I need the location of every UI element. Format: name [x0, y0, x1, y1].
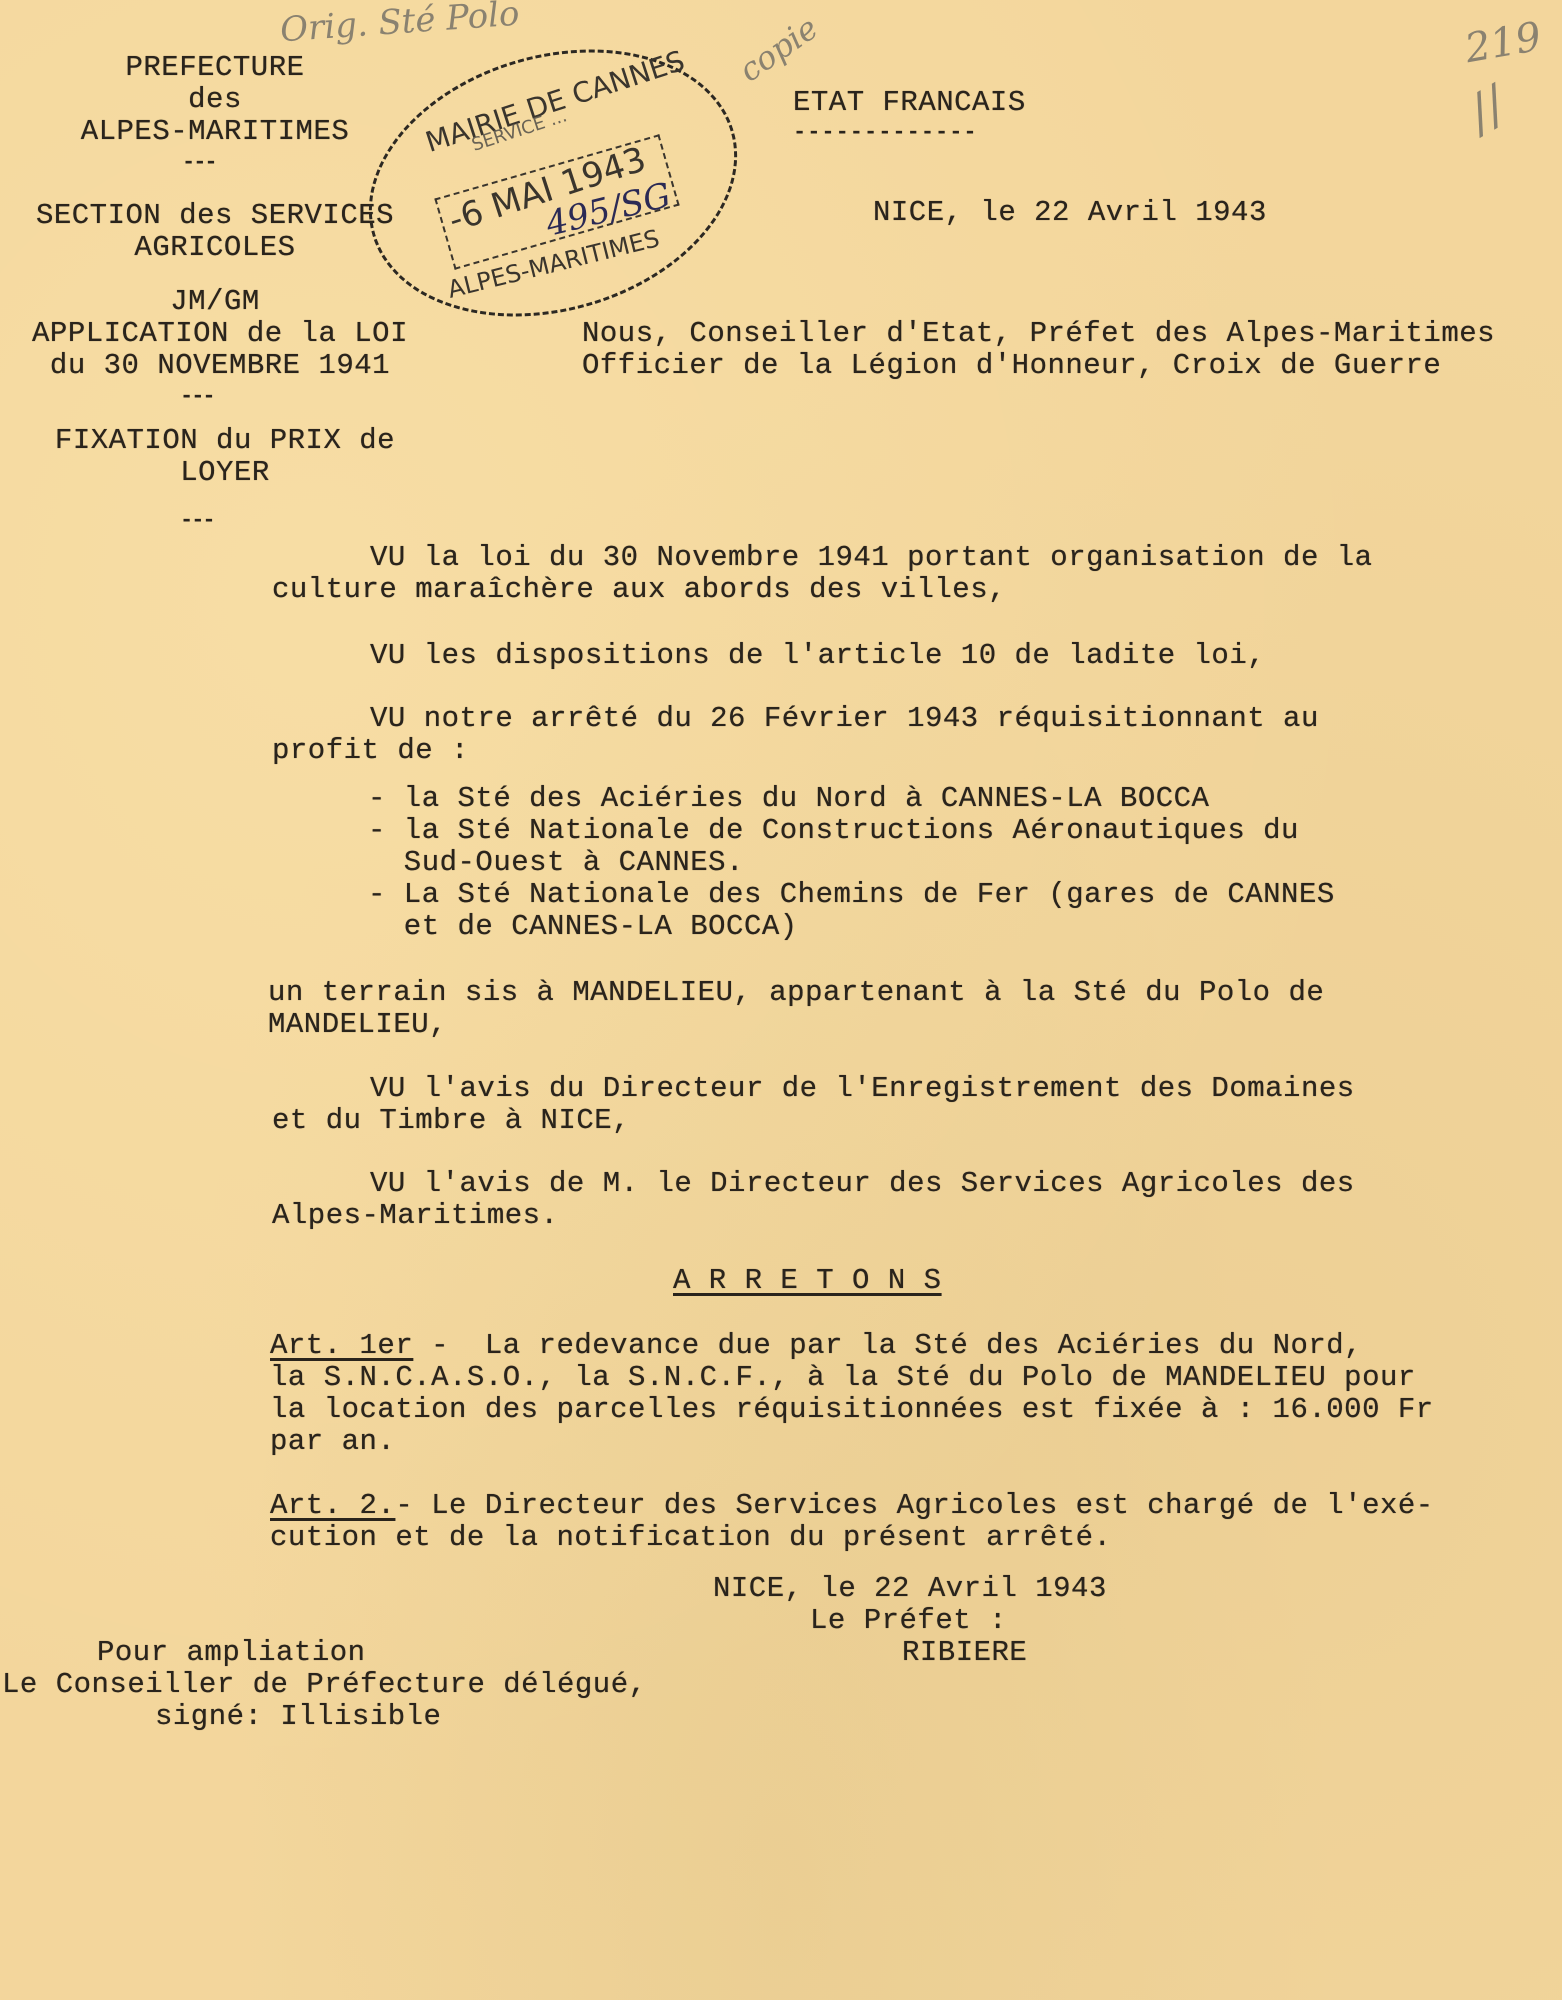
subject-title-line-2: LOYER	[20, 457, 430, 489]
article-1-line-2: la S.N.C.A.S.O., la S.N.C.F., à la Sté d…	[270, 1362, 1416, 1394]
signature-place-date: NICE, le 22 Avril 1943	[713, 1573, 1107, 1605]
issuer-line-2: Officier de la Légion d'Honneur, Croix d…	[582, 350, 1441, 382]
vu-services-agricoles-line-1: VU l'avis de M. le Directeur des Service…	[370, 1168, 1355, 1200]
vu-enregistrement-line-2: et du Timbre à NICE,	[272, 1105, 630, 1137]
vu-enregistrement-line-1: VU l'avis du Directeur de l'Enregistreme…	[370, 1073, 1355, 1105]
article-1-text: - La redevance due par la Sté des Aciéri…	[413, 1329, 1362, 1362]
subject-law-line-2: du 30 NOVEMBRE 1941	[10, 350, 430, 382]
separator: ---	[180, 508, 214, 533]
office-line-1: PREFECTURE	[70, 52, 360, 84]
handwritten-folio-number: 219	[1462, 14, 1545, 73]
beneficiary-3-line-2: et de CANNES-LA BOCCA)	[368, 911, 798, 943]
vu-services-agricoles-line-2: Alpes-Maritimes.	[272, 1200, 558, 1232]
beneficiary-1: - la Sté des Aciéries du Nord à CANNES-L…	[368, 783, 1209, 815]
article-2-line-1: Art. 2.- Le Directeur des Services Agric…	[270, 1490, 1434, 1522]
vu-arrete-line-2: profit de :	[272, 735, 469, 767]
vu-law-line-2: culture maraîchère aux abords des villes…	[272, 574, 1006, 606]
separator: ---	[180, 384, 214, 409]
handwritten-strike-marks: //	[1458, 75, 1516, 142]
article-1-line-4: par an.	[270, 1426, 395, 1458]
ampliation-line-1: Pour ampliation	[97, 1637, 366, 1669]
terrain-line-1: un terrain sis à MANDELIEU, appartenant …	[268, 977, 1324, 1009]
ampliation-line-2: Le Conseiller de Préfecture délégué,	[2, 1669, 647, 1701]
section-line-2: AGRICOLES	[10, 232, 420, 264]
article-1-label: Art. 1er	[270, 1329, 413, 1362]
beneficiary-3-line-1: - La Sté Nationale des Chemins de Fer (g…	[368, 879, 1335, 911]
article-2-text: - Le Directeur des Services Agricoles es…	[395, 1489, 1433, 1522]
ampliation-line-3: signé: Illisible	[155, 1701, 441, 1733]
decision-heading: A R R E T O N S	[673, 1265, 942, 1297]
state-underline: -------------	[793, 120, 978, 145]
subject-law-line-1: APPLICATION de la LOI	[10, 318, 430, 350]
office-line-2: des	[70, 84, 360, 116]
article-2-line-2: cution et de la notification du présent …	[270, 1522, 1111, 1554]
beneficiary-2-line-2: Sud-Ouest à CANNES.	[368, 847, 744, 879]
issuer-line-1: Nous, Conseiller d'Etat, Préfet des Alpe…	[582, 318, 1495, 350]
beneficiary-2-line-1: - la Sté Nationale de Constructions Aéro…	[368, 815, 1299, 847]
article-1-line-3: la location des parcelles réquisitionnée…	[270, 1394, 1434, 1426]
handwritten-origin-note: Orig. Sté Polo	[279, 0, 521, 50]
vu-arrete-line-1: VU notre arrêté du 26 Février 1943 réqui…	[370, 703, 1319, 735]
vu-law-line-1: VU la loi du 30 Novembre 1941 portant or…	[370, 542, 1373, 574]
subject-title-line-1: FIXATION du PRIX de	[20, 425, 430, 457]
header-place-date: NICE, le 22 Avril 1943	[873, 197, 1267, 229]
signature-name: RIBIERE	[902, 1637, 1027, 1669]
handwritten-copie-note: copie	[732, 9, 825, 90]
terrain-line-2: MANDELIEU,	[268, 1009, 447, 1041]
article-2-label: Art. 2.	[270, 1489, 395, 1522]
separator: ---	[182, 150, 216, 175]
office-line-3: ALPES-MARITIMES	[70, 116, 360, 148]
article-1-line-1: Art. 1er - La redevance due par la Sté d…	[270, 1330, 1362, 1362]
signature-title: Le Préfet :	[810, 1605, 1007, 1637]
section-line-1: SECTION des SERVICES	[10, 200, 420, 232]
reference-code: JM/GM	[100, 286, 330, 318]
state-name: ETAT FRANCAIS	[793, 87, 1026, 119]
vu-article: VU les dispositions de l'article 10 de l…	[370, 640, 1265, 672]
